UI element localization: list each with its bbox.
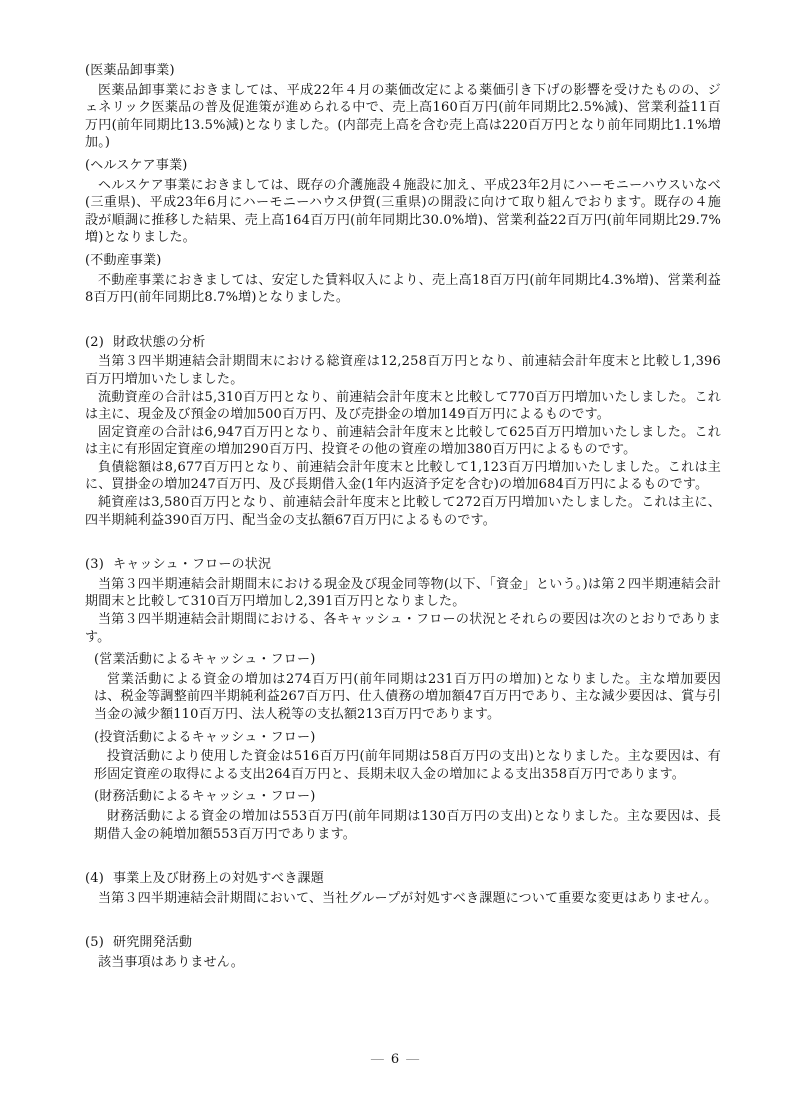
cf-paragraph-investing: 投資活動により使用した資金は516百万円(前年同期は58百万円の支出)となりまし…: [94, 748, 721, 783]
section-title: 研究開発活動: [113, 935, 192, 950]
segment-heading-real-estate: (不動産事業): [85, 252, 721, 270]
section-number: (5): [85, 935, 104, 950]
section-title: 事業上及び財務上の対処すべき課題: [113, 871, 324, 886]
footer-right-dash: ―: [399, 1052, 426, 1067]
section-heading-research-development: (5)研究開発活動: [85, 934, 721, 952]
cf-paragraph-financing: 財務活動による資金の増加は553百万円(前年同期は130百万円の支出)となりまし…: [94, 808, 721, 843]
paragraph-current-assets: 流動資産の合計は5,310百万円となり、前連結会計年度末と比較して770百万円増…: [85, 389, 721, 424]
cf-heading-operating: (営業活動によるキャッシュ・フロー): [94, 651, 721, 669]
cf-paragraph-operating: 営業活動による資金の増加は274百万円(前年同期は231百万円の増加)となりまし…: [94, 671, 721, 724]
paragraph-cash-flow-overview: 当第３四半期連結会計期間における、各キャッシュ・フローの状況とそれらの要因は次の…: [85, 611, 721, 646]
paragraph-cash-equivalents: 当第３四半期連結会計期間末における現金及び現金同等物(以下、「資金」という。)は…: [85, 576, 721, 611]
segment-heading-healthcare: (ヘルスケア事業): [85, 157, 721, 175]
paragraph-total-liabilities: 負債総額は8,677百万円となり、前連結会計年度末と比較して1,123百万円増加…: [85, 459, 721, 494]
page-footer: ―6―: [0, 1051, 790, 1069]
document-content: (医薬品卸事業)医薬品卸事業におきましては、平成22年４月の薬価改定による薬価引…: [85, 62, 721, 972]
cf-heading-financing: (財務活動によるキャッシュ・フロー): [94, 788, 721, 806]
section-title: キャッシュ・フローの状況: [113, 557, 271, 572]
section-heading-cash-flow: (3)キャッシュ・フローの状況: [85, 556, 721, 574]
document-page: (医薬品卸事業)医薬品卸事業におきましては、平成22年４月の薬価改定による薬価引…: [0, 0, 790, 1118]
segment-paragraph-real-estate: 不動産事業におきましては、安定した賃料収入により、売上高18百万円(前年同期比4…: [85, 272, 721, 307]
segment-heading-pharma-wholesale: (医薬品卸事業): [85, 62, 721, 80]
segment-paragraph-healthcare: ヘルスケア事業におきましては、既存の介護施設４施設に加え、平成23年2月にハーモ…: [85, 177, 721, 247]
paragraph-total-assets: 当第３四半期連結会計期間末における総資産は12,258百万円となり、前連結会計年…: [85, 353, 721, 388]
section-number: (3): [85, 557, 104, 572]
section-heading-business-issues: (4)事業上及び財務上の対処すべき課題: [85, 870, 721, 888]
footer-left-dash: ―: [364, 1052, 391, 1067]
segment-paragraph-pharma-wholesale: 医薬品卸事業におきましては、平成22年４月の薬価改定による薬価引き下げの影響を受…: [85, 82, 721, 152]
section-number: (4): [85, 871, 104, 886]
cf-heading-investing: (投資活動によるキャッシュ・フロー): [94, 729, 721, 747]
paragraph-research-development: 該当事項はありません。: [85, 954, 721, 972]
section-title: 財政状態の分析: [113, 335, 205, 350]
section-number: (2): [85, 335, 104, 350]
paragraph-net-assets: 純資産は3,580百万円となり、前連結会計年度末と比較して272百万円増加いたし…: [85, 494, 721, 529]
section-heading-financial-position: (2)財政状態の分析: [85, 334, 721, 352]
page-number: 6: [391, 1052, 399, 1067]
paragraph-fixed-assets: 固定資産の合計は6,947百万円となり、前連結会計年度末と比較して625百万円増…: [85, 424, 721, 459]
paragraph-business-issues: 当第３四半期連結会計期間において、当社グループが対処すべき課題について重要な変更…: [85, 890, 721, 908]
